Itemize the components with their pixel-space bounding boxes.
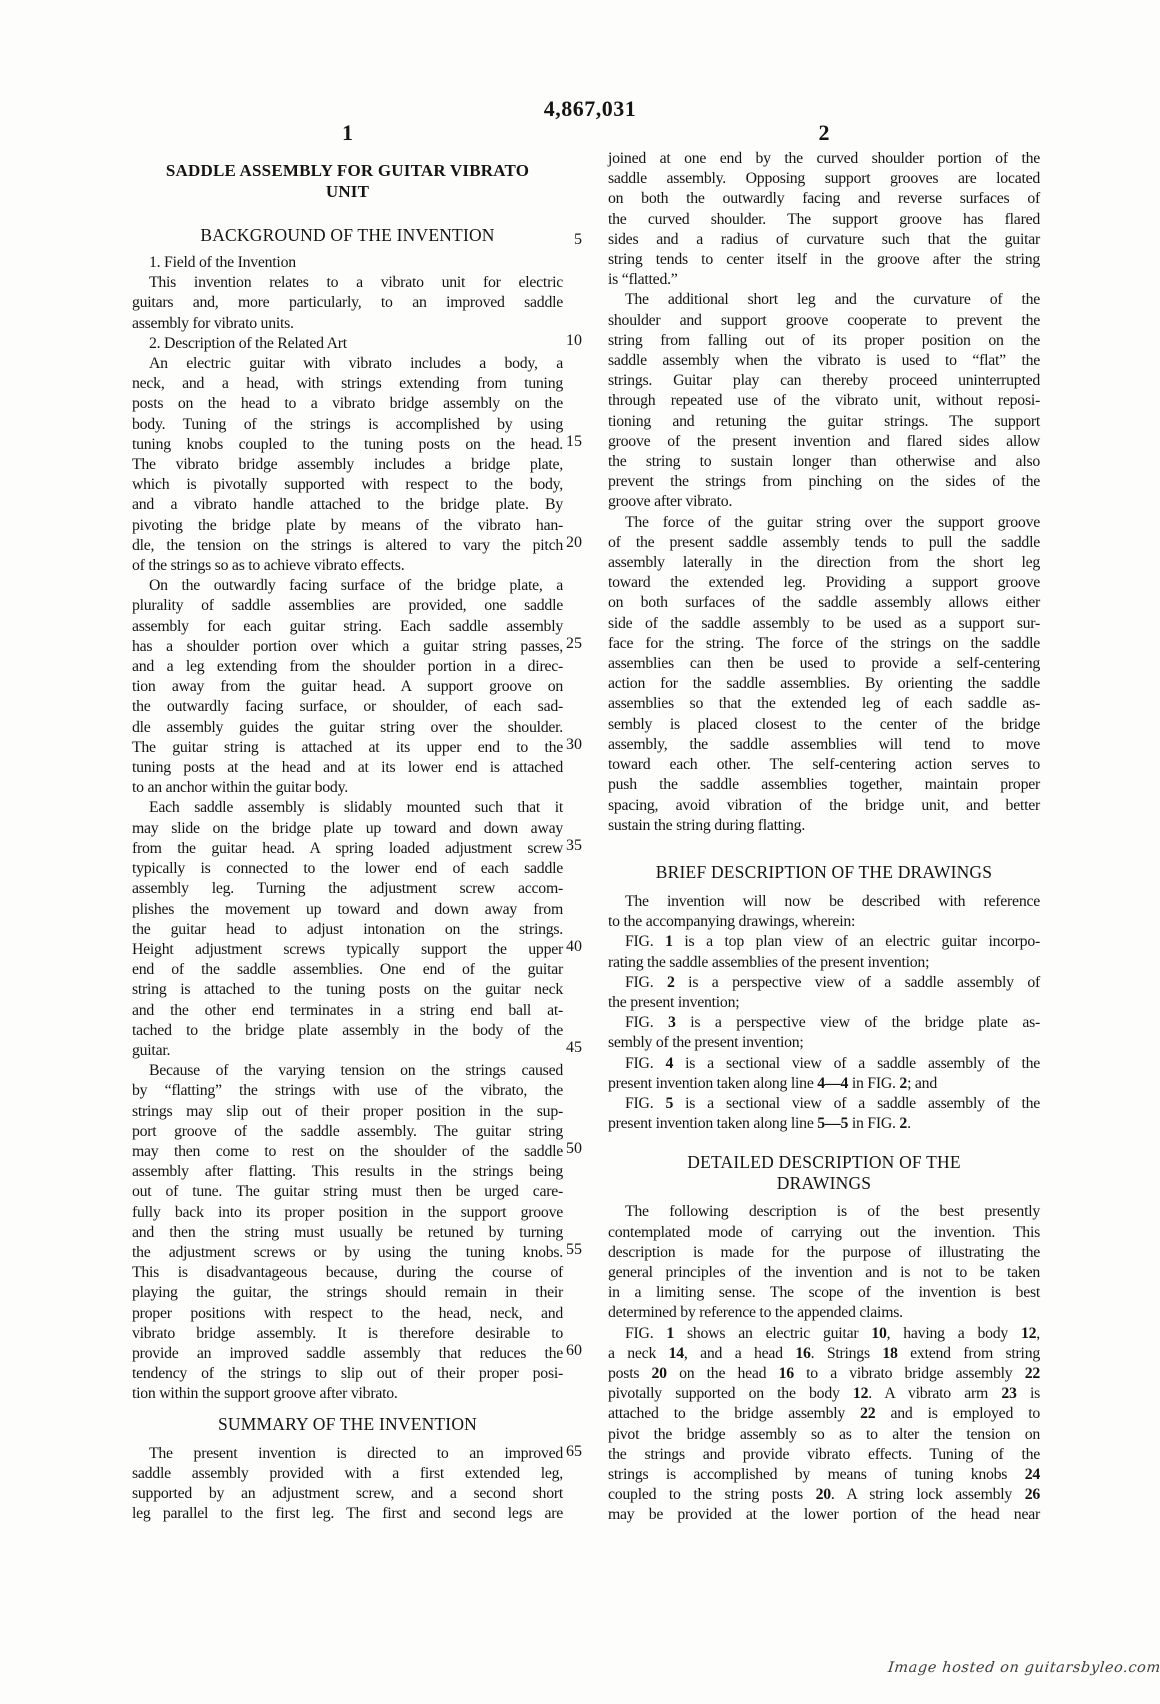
text-line: shoulder and support groove cooperate to… xyxy=(608,311,1040,331)
patent-page: 4,867,031 1 2 SADDLE ASSEMBLY FOR GUITAR… xyxy=(0,0,1160,1704)
text-line: dle, the tension on the strings is alter… xyxy=(132,536,563,556)
text-line: pivotally supported on the body 12. A vi… xyxy=(608,1384,1040,1404)
paragraph: The present invention is directed to an … xyxy=(132,1444,563,1525)
paragraph: joined at one end by the curved shoulder… xyxy=(608,149,1040,290)
text-line: string from falling out of its proper po… xyxy=(608,331,1040,351)
text-line: FIG. 1 is a top plan view of an electric… xyxy=(608,932,1040,952)
text-line: supported by an adjustment screw, and a … xyxy=(132,1484,563,1504)
text-line: assembly, the saddle assemblies will ten… xyxy=(608,735,1040,755)
section-heading: BACKGROUND OF THE INVENTION xyxy=(132,225,563,246)
paragraph: The invention will now be described with… xyxy=(608,892,1040,932)
gutter-line-number: 60 xyxy=(552,1341,582,1361)
paragraph: FIG. 2 is a perspective view of a saddle… xyxy=(608,973,1040,1013)
paragraph: FIG. 5 is a sectional view of a saddle a… xyxy=(608,1094,1040,1134)
text-line: DRAWINGS xyxy=(608,1173,1040,1194)
text-line: to the accompanying drawings, wherein: xyxy=(608,912,1040,932)
text-line: and then the string must usually be retu… xyxy=(132,1223,563,1243)
text-line: saddle assembly. Opposing support groove… xyxy=(608,169,1040,189)
text-line: Each saddle assembly is slidably mounted… xyxy=(132,798,563,818)
gutter-line-number: 5 xyxy=(552,230,582,250)
text-line: posts 20 on the head 16 to a vibrato bri… xyxy=(608,1364,1040,1384)
text-line: prevent the strings from pinching on the… xyxy=(608,472,1040,492)
section-heading: BRIEF DESCRIPTION OF THE DRAWINGS xyxy=(608,862,1040,883)
text-line: FIG. 3 is a perspective view of the brid… xyxy=(608,1013,1040,1033)
text-line: vibrato bridge assembly. It is therefore… xyxy=(132,1324,563,1344)
text-line: tuning knobs coupled to the tuning posts… xyxy=(132,435,563,455)
text-line: coupled to the string posts 20. A string… xyxy=(608,1485,1040,1505)
text-line: general principles of the invention and … xyxy=(608,1263,1040,1283)
text-line: groove after vibrato. xyxy=(608,492,1040,512)
text-line: face for the string. The force of the st… xyxy=(608,634,1040,654)
text-line: and a leg extending from the shoulder po… xyxy=(132,657,563,677)
gutter-line-number: 25 xyxy=(552,634,582,654)
section-heading: DETAILED DESCRIPTION OF THEDRAWINGS xyxy=(608,1152,1040,1194)
paragraph: FIG. 1 shows an electric guitar 10, havi… xyxy=(608,1324,1040,1526)
text-line: end of the saddle assemblies. One end of… xyxy=(132,960,563,980)
text-line: may be provided at the lower portion of … xyxy=(608,1505,1040,1525)
text-line: sembly is placed closest to the center o… xyxy=(608,715,1040,735)
patent-number: 4,867,031 xyxy=(460,96,720,122)
text-line: assembly for vibrato units. xyxy=(132,314,563,334)
text-line: a neck 14, and a head 16. Strings 18 ext… xyxy=(608,1344,1040,1364)
text-line: has a shoulder portion over which a guit… xyxy=(132,637,563,657)
paragraph: FIG. 4 is a sectional view of a saddle a… xyxy=(608,1054,1040,1094)
text-line: tion within the support groove after vib… xyxy=(132,1384,563,1404)
text-line: the curved shoulder. The support groove … xyxy=(608,210,1040,230)
text-line: string is attached to the tuning posts o… xyxy=(132,980,563,1000)
text-line: The invention will now be described with… xyxy=(608,892,1040,912)
text-line: tendency of the strings to slip out of t… xyxy=(132,1364,563,1384)
left-column: SADDLE ASSEMBLY FOR GUITAR VIBRATOUNITBA… xyxy=(132,160,563,1524)
text-line: Height adjustment screws typically suppo… xyxy=(132,940,563,960)
text-line: SUMMARY OF THE INVENTION xyxy=(132,1414,563,1435)
text-line: assembly after flatting. This results in… xyxy=(132,1162,563,1182)
text-line: on both the outwardly facing and reverse… xyxy=(608,189,1040,209)
paragraph: The force of the guitar string over the … xyxy=(608,513,1040,836)
watermark: Image hosted on guitarsbyleo.com xyxy=(887,1660,1135,1676)
text-line: This is disadvantageous because, during … xyxy=(132,1263,563,1283)
paragraph: This invention relates to a vibrato unit… xyxy=(132,273,563,334)
text-line: assemblies so that the extended leg of e… xyxy=(608,694,1040,714)
gutter-line-number: 20 xyxy=(552,533,582,553)
text-line: push the saddle assemblies together, mai… xyxy=(608,775,1040,795)
text-line: string tends to center itself in the gro… xyxy=(608,250,1040,270)
text-line: from the guitar head. A spring loaded ad… xyxy=(132,839,563,859)
text-line: dle assembly guides the guitar string ov… xyxy=(132,718,563,738)
text-line: The present invention is directed to an … xyxy=(132,1444,563,1464)
text-line: This invention relates to a vibrato unit… xyxy=(132,273,563,293)
text-line: of the present saddle assembly tends to … xyxy=(608,533,1040,553)
text-line: typically is connected to the lower end … xyxy=(132,859,563,879)
text-line: FIG. 2 is a perspective view of a saddle… xyxy=(608,973,1040,993)
text-line: sustain the string during flatting. xyxy=(608,816,1040,836)
text-line: playing the guitar, the strings should r… xyxy=(132,1283,563,1303)
text-line: BRIEF DESCRIPTION OF THE DRAWINGS xyxy=(608,862,1040,883)
paragraph: Because of the varying tension on the st… xyxy=(132,1061,563,1404)
text-line: side of the saddle assembly to be used a… xyxy=(608,614,1040,634)
gutter-line-number: 40 xyxy=(552,937,582,957)
gutter-line-number: 30 xyxy=(552,735,582,755)
text-line: assembly leg. Turning the adjustment scr… xyxy=(132,879,563,899)
text-line: the strings and provide vibrato effects.… xyxy=(608,1445,1040,1465)
text-line: the outwardly facing surface, or shoulde… xyxy=(132,697,563,717)
paragraph: On the outwardly facing surface of the b… xyxy=(132,576,563,798)
text-line: is “flatted.” xyxy=(608,270,1040,290)
text-line: the present invention; xyxy=(608,993,1040,1013)
text-line: posts on the head to a vibrato bridge as… xyxy=(132,394,563,414)
text-line: present invention taken along line 4—4 i… xyxy=(608,1074,1040,1094)
text-line: the guitar head to adjust intonation on … xyxy=(132,920,563,940)
text-line: through repeated use of the vibrato unit… xyxy=(608,391,1040,411)
text-line: toward the extended leg. Providing a sup… xyxy=(608,573,1040,593)
text-line: SADDLE ASSEMBLY FOR GUITAR VIBRATO xyxy=(132,160,563,181)
text-line: 2. Description of the Related Art xyxy=(132,334,563,354)
gutter-line-number: 50 xyxy=(552,1139,582,1159)
text-line: description is made for the purpose of i… xyxy=(608,1243,1040,1263)
text-line: tuning posts at the head and at its lowe… xyxy=(132,758,563,778)
column-2-number: 2 xyxy=(608,120,1040,146)
paragraph: Each saddle assembly is slidably mounted… xyxy=(132,798,563,1061)
gutter-line-number: 55 xyxy=(552,1240,582,1260)
gutter-line-number: 10 xyxy=(552,331,582,351)
text-line: guitars and, more particularly, to an im… xyxy=(132,293,563,313)
text-line: UNIT xyxy=(132,181,563,202)
text-line: plurality of saddle assemblies are provi… xyxy=(132,596,563,616)
gutter-line-number: 35 xyxy=(552,836,582,856)
text-line: pivot the bridge assembly so as to alter… xyxy=(608,1425,1040,1445)
text-line: pivoting the bridge plate by means of th… xyxy=(132,516,563,536)
text-line: action for the saddle assemblies. By ori… xyxy=(608,674,1040,694)
text-line: plishes the movement up toward and down … xyxy=(132,900,563,920)
text-line: by “flatting” the strings with use of th… xyxy=(132,1081,563,1101)
text-line: assembly laterally in the direction from… xyxy=(608,553,1040,573)
text-line: tion away from the guitar head. A suppor… xyxy=(132,677,563,697)
paragraph: An electric guitar with vibrato includes… xyxy=(132,354,563,576)
text-line: attached to the bridge assembly 22 and i… xyxy=(608,1404,1040,1424)
paragraph: 1. Field of the Invention xyxy=(132,253,563,273)
text-line: guitar. xyxy=(132,1041,563,1061)
text-line: provide an improved saddle assembly that… xyxy=(132,1344,563,1364)
text-line: contemplated mode of carrying out the in… xyxy=(608,1223,1040,1243)
gutter-line-number: 15 xyxy=(552,432,582,452)
text-line: leg parallel to the first leg. The first… xyxy=(132,1504,563,1524)
text-line: on both surfaces of the saddle assembly … xyxy=(608,593,1040,613)
text-line: 1. Field of the Invention xyxy=(132,253,563,273)
text-line: The additional short leg and the curvatu… xyxy=(608,290,1040,310)
section-heading: SUMMARY OF THE INVENTION xyxy=(132,1414,563,1435)
text-line: sides and a radius of curvature such tha… xyxy=(608,230,1040,250)
gutter-line-number: 45 xyxy=(552,1038,582,1058)
text-line: strings. Guitar play can thereby proceed… xyxy=(608,371,1040,391)
text-line: An electric guitar with vibrato includes… xyxy=(132,354,563,374)
text-line: The guitar string is attached at its upp… xyxy=(132,738,563,758)
text-line: which is pivotally supported with respec… xyxy=(132,475,563,495)
text-line: rating the saddle assemblies of the pres… xyxy=(608,953,1040,973)
text-line: joined at one end by the curved shoulder… xyxy=(608,149,1040,169)
paragraph: FIG. 1 is a top plan view of an electric… xyxy=(608,932,1040,972)
text-line: FIG. 4 is a sectional view of a saddle a… xyxy=(608,1054,1040,1074)
text-line: The following description is of the best… xyxy=(608,1202,1040,1222)
text-line: The vibrato bridge assembly includes a b… xyxy=(132,455,563,475)
text-line: tioning and retuning the guitar strings.… xyxy=(608,412,1040,432)
text-line: BACKGROUND OF THE INVENTION xyxy=(132,225,563,246)
text-line: may then come to rest on the shoulder of… xyxy=(132,1142,563,1162)
text-line: proper positions with respect to the hea… xyxy=(132,1304,563,1324)
text-line: body. Tuning of the strings is accomplis… xyxy=(132,415,563,435)
invention-title: SADDLE ASSEMBLY FOR GUITAR VIBRATOUNIT xyxy=(132,160,563,202)
text-line: toward each other. The self-centering ac… xyxy=(608,755,1040,775)
paragraph: The additional short leg and the curvatu… xyxy=(608,290,1040,512)
text-line: determined by reference to the appended … xyxy=(608,1303,1040,1323)
text-line: in a limiting sense. The scope of the in… xyxy=(608,1283,1040,1303)
text-line: On the outwardly facing surface of the b… xyxy=(132,576,563,596)
text-line: fully back into its proper position in t… xyxy=(132,1203,563,1223)
text-line: The force of the guitar string over the … xyxy=(608,513,1040,533)
text-line: sembly of the present invention; xyxy=(608,1033,1040,1053)
text-line: saddle assembly provided with a first ex… xyxy=(132,1464,563,1484)
paragraph: 2. Description of the Related Art xyxy=(132,334,563,354)
text-line: spacing, avoid vibration of the bridge u… xyxy=(608,796,1040,816)
text-line: strings may slip out of their proper pos… xyxy=(132,1102,563,1122)
text-line: of the strings so as to achieve vibrato … xyxy=(132,556,563,576)
text-line: saddle assembly when the vibrato is used… xyxy=(608,351,1040,371)
text-line: tached to the bridge plate assembly in t… xyxy=(132,1021,563,1041)
text-line: strings is accomplished by means of tuni… xyxy=(608,1465,1040,1485)
text-line: DETAILED DESCRIPTION OF THE xyxy=(608,1152,1040,1173)
paragraph: FIG. 3 is a perspective view of the brid… xyxy=(608,1013,1040,1053)
text-line: the adjustment screws or by using the tu… xyxy=(132,1243,563,1263)
text-line: present invention taken along line 5—5 i… xyxy=(608,1114,1040,1134)
line-number-gutter: 5101520253035404550556065 xyxy=(552,0,582,1704)
text-line: may slide on the bridge plate up toward … xyxy=(132,819,563,839)
paragraph: The following description is of the best… xyxy=(608,1202,1040,1323)
text-line: assembly for each guitar string. Each sa… xyxy=(132,617,563,637)
text-line: FIG. 1 shows an electric guitar 10, havi… xyxy=(608,1324,1040,1344)
text-line: port groove of the saddle assembly. The … xyxy=(132,1122,563,1142)
text-line: Because of the varying tension on the st… xyxy=(132,1061,563,1081)
text-line: out of tune. The guitar string must then… xyxy=(132,1182,563,1202)
text-line: assemblies can then be used to provide a… xyxy=(608,654,1040,674)
text-line: the string to sustain longer than otherw… xyxy=(608,452,1040,472)
text-line: FIG. 5 is a sectional view of a saddle a… xyxy=(608,1094,1040,1114)
text-line: groove of the present invention and flar… xyxy=(608,432,1040,452)
column-1-number: 1 xyxy=(132,120,563,146)
text-line: and a vibrato handle attached to the bri… xyxy=(132,495,563,515)
text-line: neck, and a head, with strings extending… xyxy=(132,374,563,394)
text-line: and the other end terminates in a string… xyxy=(132,1001,563,1021)
gutter-line-number: 65 xyxy=(552,1442,582,1462)
text-line: to an anchor within the guitar body. xyxy=(132,778,563,798)
right-column: joined at one end by the curved shoulder… xyxy=(608,149,1040,1526)
